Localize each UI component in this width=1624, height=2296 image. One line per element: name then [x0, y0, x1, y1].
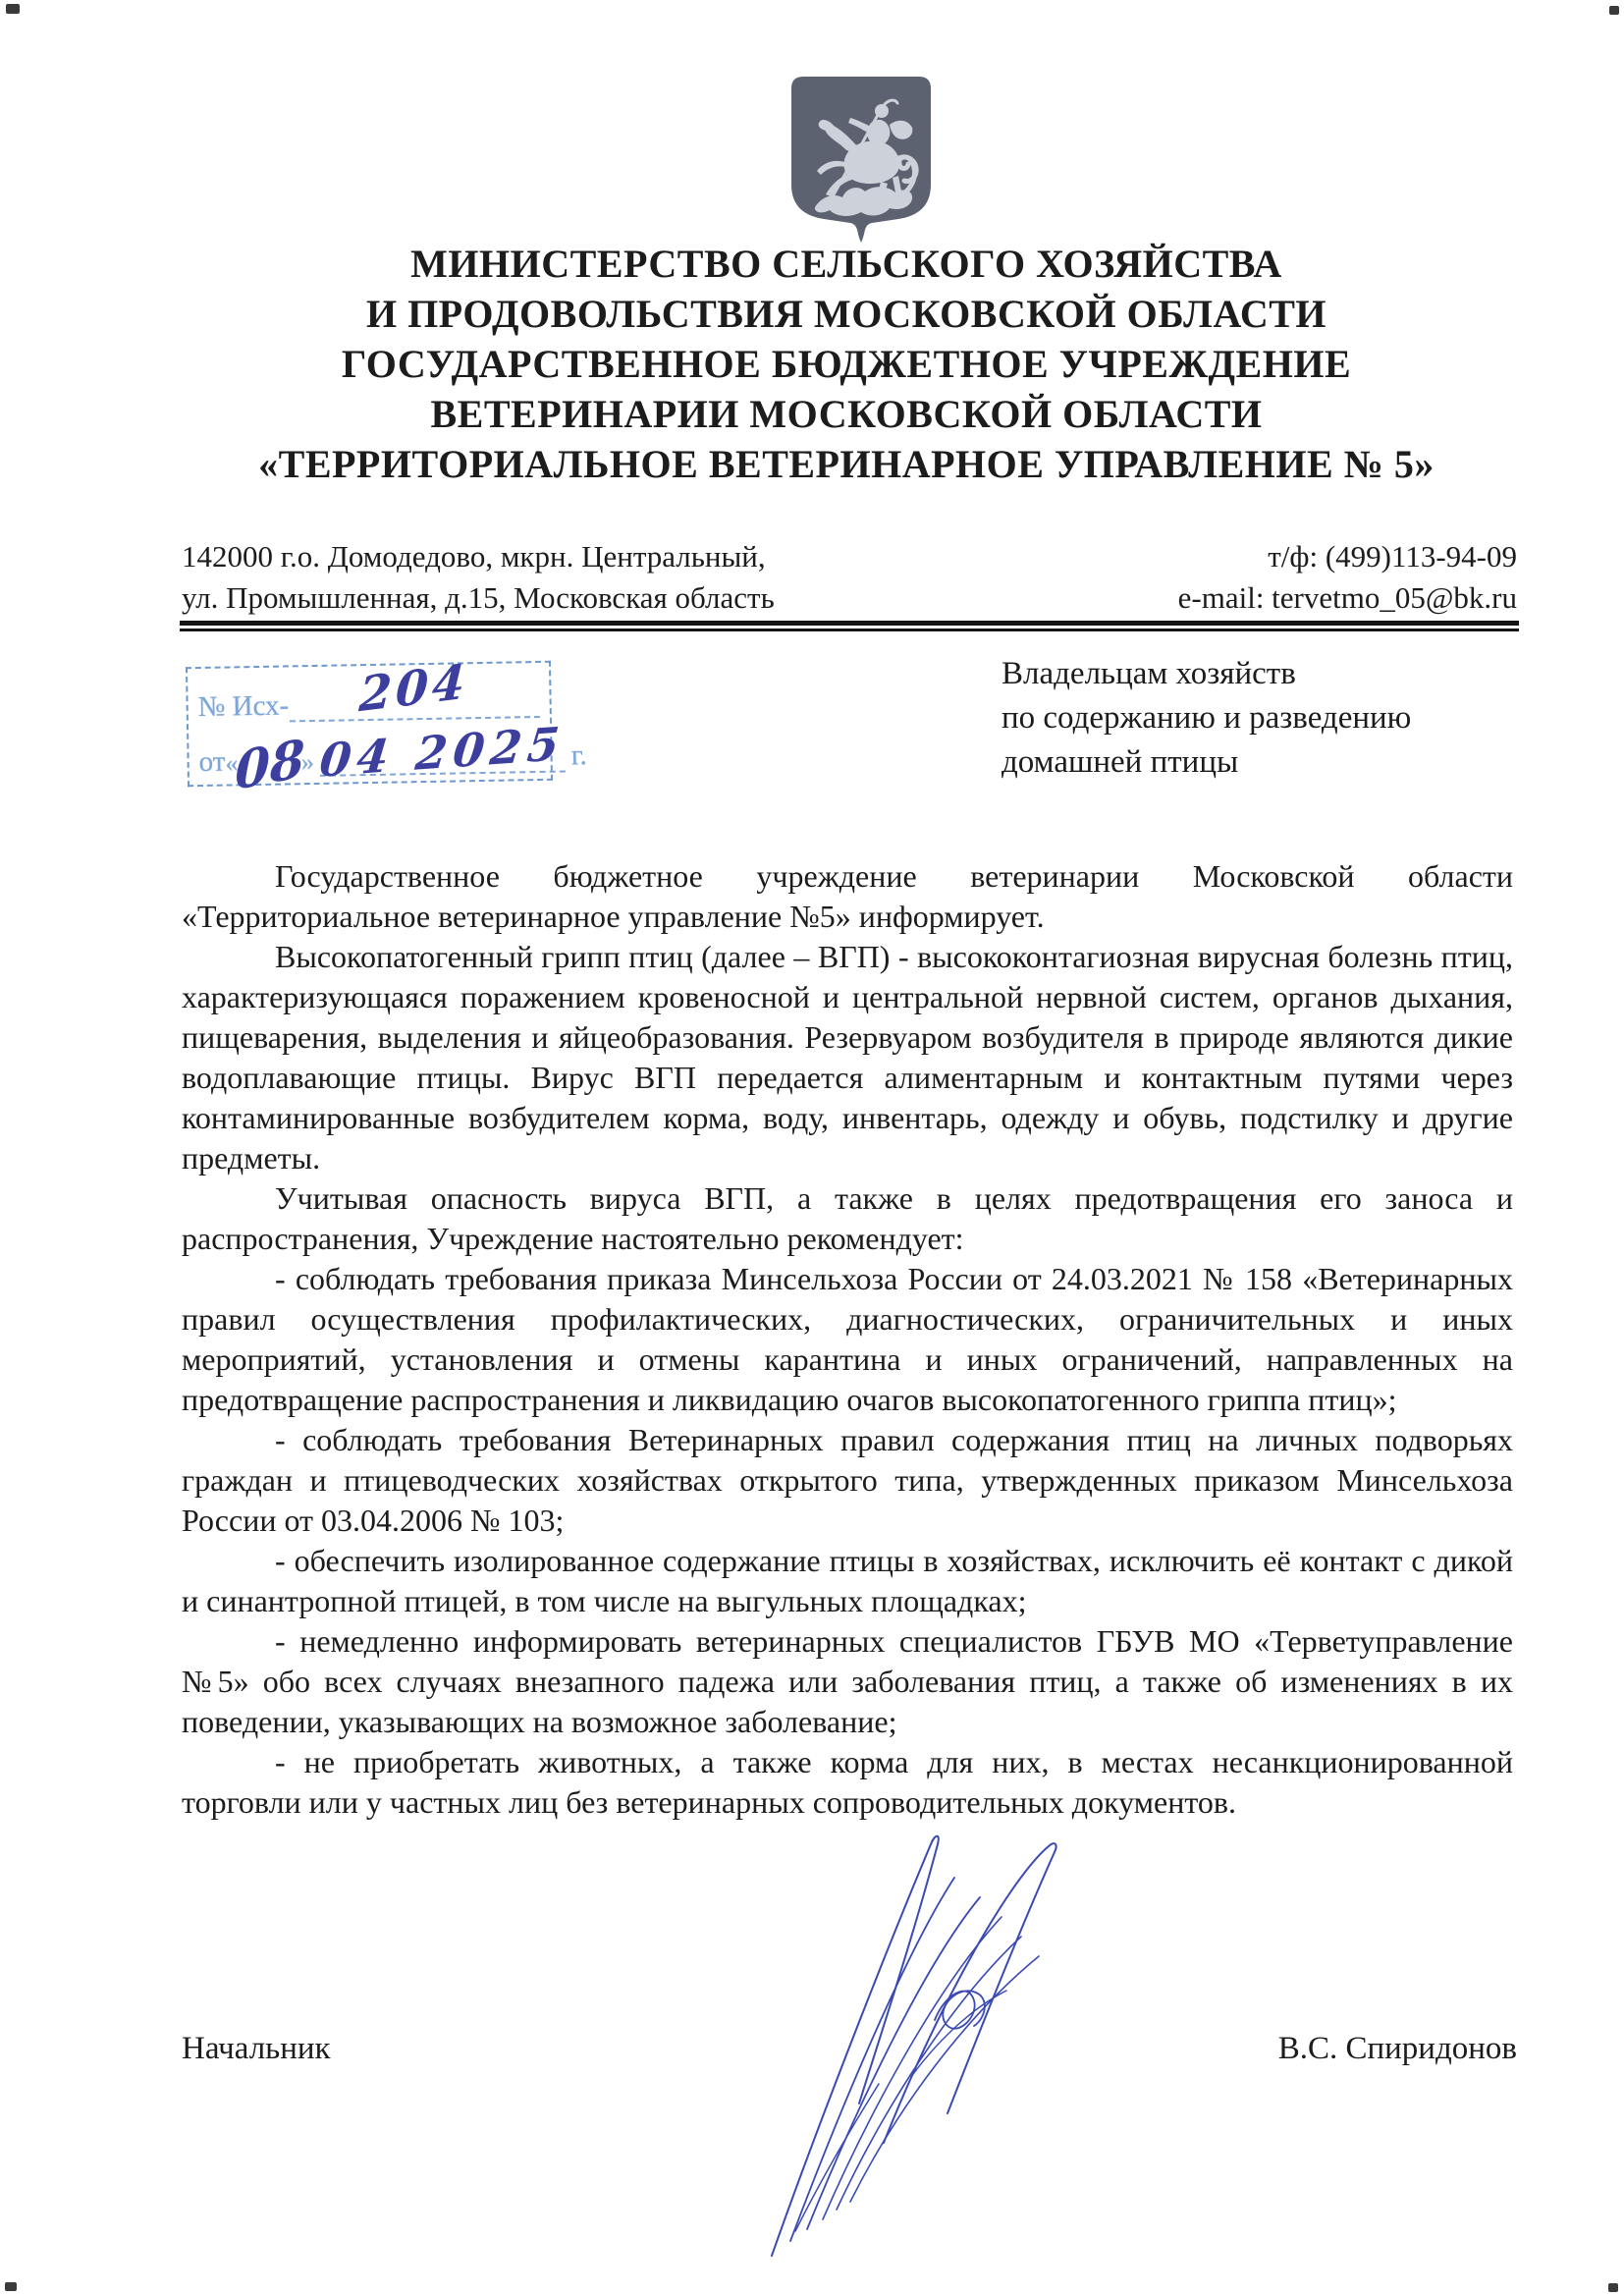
recipient-line-3: домашней птицы	[1001, 740, 1522, 785]
stamp-date-prefix: от	[198, 746, 225, 779]
phone-email-block: т/ф: (499)113-94-09 e-mail: tervetmo_05@…	[1178, 536, 1517, 619]
scanned-letter-page: МИНИСТЕРСТВО СЕЛЬСКОГО ХОЗЯЙСТВА И ПРОДО…	[0, 0, 1624, 2296]
signer-position: Начальник	[182, 2031, 331, 2067]
paragraph-recommendation-lead: Учитывая опасность вируса ВГП, а также в…	[182, 1178, 1513, 1259]
letter-body: Государственное бюджетное учреждение вет…	[182, 856, 1513, 1823]
paragraph-bullet-order-103: - соблюдать требования Ветеринарных прав…	[182, 1420, 1513, 1541]
handwritten-outgoing-number: 204	[358, 660, 470, 717]
address-line-2: ул. Промышленная, д.15, Московская облас…	[182, 577, 775, 619]
stamp-number-row: № Исх- 204	[197, 667, 540, 724]
org-line-1: МИНИСТЕРСТВО СЕЛЬСКОГО ХОЗЯЙСТВА	[144, 239, 1548, 289]
org-line-5: «ТЕРРИТОРИАЛЬНОЕ ВЕТЕРИНАРНОЕ УПРАВЛЕНИЕ…	[144, 439, 1548, 489]
stamp-date-row: от « 08 » 04 2025 г.	[198, 718, 541, 779]
org-line-4: ВЕТЕРИНАРИИ МОСКОВСКОЙ ОБЛАСТИ	[144, 389, 1548, 439]
paragraph-bullet-inform: - немедленно информировать ветеринарных …	[182, 1621, 1513, 1742]
stamp-number-line: 204	[289, 665, 540, 722]
recipient-block: Владельцам хозяйств по содержанию и разв…	[1001, 652, 1522, 785]
signer-name: В.С. Спиридонов	[1278, 2031, 1517, 2067]
phone-fax: т/ф: (499)113-94-09	[1178, 536, 1517, 577]
scan-artifact	[1609, 6, 1619, 15]
stamp-month-year-line: 04 2025	[319, 731, 566, 777]
address-line-1: 142000 г.о. Домодедово, мкрн. Центральны…	[182, 536, 775, 577]
email: e-mail: tervetmo_05@bk.ru	[1178, 577, 1517, 619]
contact-block: 142000 г.о. Домодедово, мкрн. Центральны…	[182, 536, 1517, 619]
scan-artifact	[5, 2282, 17, 2291]
postal-address: 142000 г.о. Домодедово, мкрн. Центральны…	[182, 536, 775, 619]
scan-artifact	[6, 4, 20, 14]
stamp-date-suffix: г.	[571, 739, 587, 772]
handwritten-month-year: 04 2025	[318, 724, 568, 781]
org-line-2: И ПРОДОВОЛЬСТВИЯ МОСКОВСКОЙ ОБЛАСТИ	[144, 289, 1548, 339]
handwritten-day: 08	[235, 738, 305, 793]
org-line-3: ГОСУДАРСТВЕННОЕ БЮДЖЕТНОЕ УЧРЕЖДЕНИЕ	[144, 339, 1548, 389]
stamp-number-label: № Исх-	[197, 689, 289, 724]
paragraph-bullet-order-158: - соблюдать требования приказа Минсельхо…	[182, 1259, 1513, 1420]
recipient-line-1: Владельцам хозяйств	[1001, 652, 1522, 696]
organization-name: МИНИСТЕРСТВО СЕЛЬСКОГО ХОЗЯЙСТВА И ПРОДО…	[144, 239, 1548, 489]
outgoing-number-stamp: № Исх- 204 от « 08 » 04 2025 г.	[186, 661, 553, 787]
coat-of-arms-icon	[787, 74, 935, 248]
paragraph-bullet-isolation: - обеспечить изолированное содержание пт…	[182, 1541, 1513, 1621]
header-divider	[180, 621, 1519, 631]
paragraph-bullet-purchase: - не приобретать животных, а также корма…	[182, 1742, 1513, 1823]
scan-artifact	[1608, 2283, 1618, 2292]
paragraph-intro: Государственное бюджетное учреждение вет…	[182, 856, 1513, 937]
paragraph-disease-description: Высокопатогенный грипп птиц (далее – ВГП…	[182, 937, 1513, 1178]
recipient-line-2: по содержанию и разведению	[1001, 696, 1522, 740]
signature-row: Начальник В.С. Спиридонов	[182, 2031, 1517, 2067]
